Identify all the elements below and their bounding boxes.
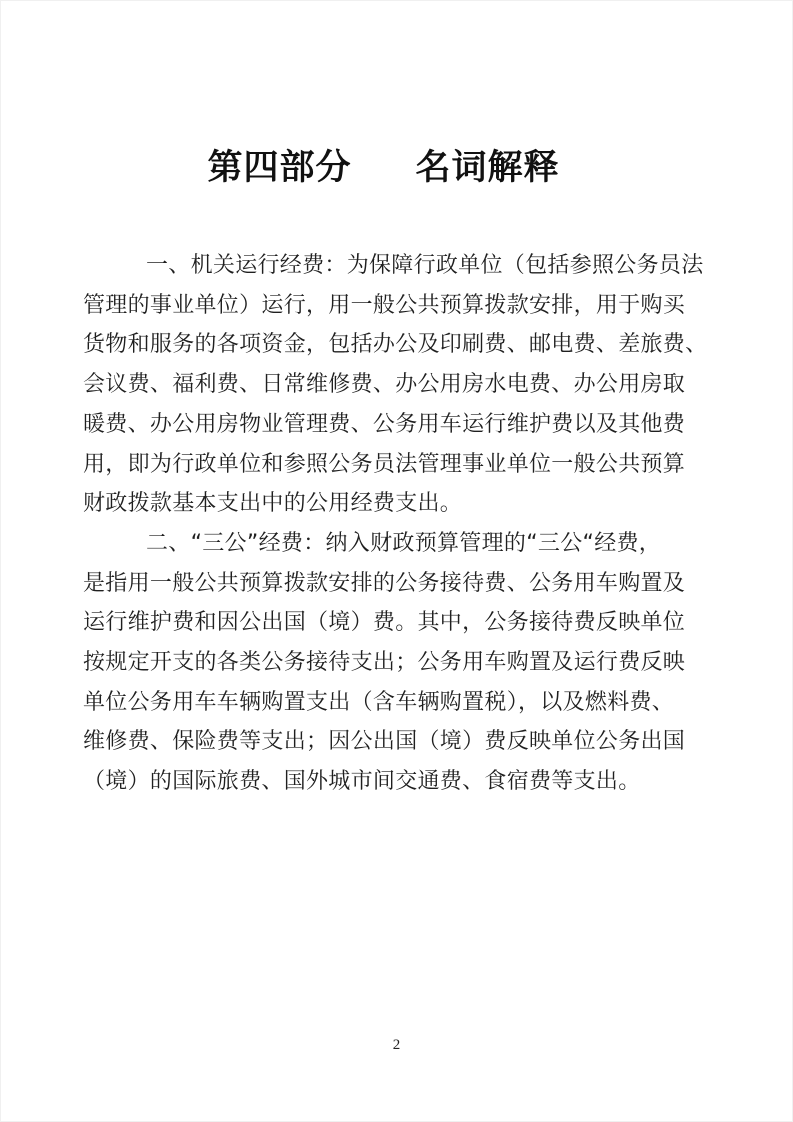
paragraph-1-line-1: 一、机关运行经费：为保障行政单位（包括参照公务员法 [83, 246, 713, 286]
paragraph-2-line-5: 单位公务用车车辆购置支出（含车辆购置税），以及燃料费、 [83, 683, 713, 723]
paragraph-2-line-6: 维修费、保险费等支出；因公出国（境）费反映单位公务出国 [83, 722, 713, 762]
paragraph-1-line-5: 暖费、办公用房物业管理费、公务用车运行维护费以及其他费 [83, 405, 713, 445]
page-number: 2 [0, 1035, 793, 1055]
paragraph-2-line-7: （境）的国际旅费、国外城市间交通费、食宿费等支出。 [83, 762, 713, 802]
paragraph-1-line-4: 会议费、福利费、日常维修费、办公用房水电费、办公用房取 [83, 365, 713, 405]
paragraph-1-line-3: 货物和服务的各项资金，包括办公及印刷费、邮电费、差旅费、 [83, 325, 713, 365]
document-body: 一、机关运行经费：为保障行政单位（包括参照公务员法管理的事业单位）运行，用一般公… [83, 246, 713, 802]
paragraph-1-line-7: 财政拨款基本支出中的公用经费支出。 [83, 484, 713, 524]
paragraph-2-line-1: 二、“三公”经费：纳入财政预算管理的“三公“经费， [83, 524, 713, 564]
paragraph-2-line-2: 是指用一般公共预算拨款安排的公务接待费、公务用车购置及 [83, 564, 713, 604]
paragraph-1-line-2: 管理的事业单位）运行，用一般公共预算拨款安排，用于购买 [83, 286, 713, 326]
page-title-part2: 名词解释 [416, 146, 560, 190]
paragraph-2-line-4: 按规定开支的各类公务接待支出；公务用车购置及运行费反映 [83, 643, 713, 683]
page-title: 第四部分 名词解释 [0, 146, 780, 190]
paragraph-2-line-3: 运行维护费和因公出国（境）费。其中，公务接待费反映单位 [83, 603, 713, 643]
document-page: 第四部分 名词解释 一、机关运行经费：为保障行政单位（包括参照公务员法管理的事业… [0, 0, 793, 1122]
paragraph-1-line-6: 用，即为行政单位和参照公务员法管理事业单位一般公共预算 [83, 445, 713, 485]
page-title-part1: 第四部分 [207, 146, 351, 190]
